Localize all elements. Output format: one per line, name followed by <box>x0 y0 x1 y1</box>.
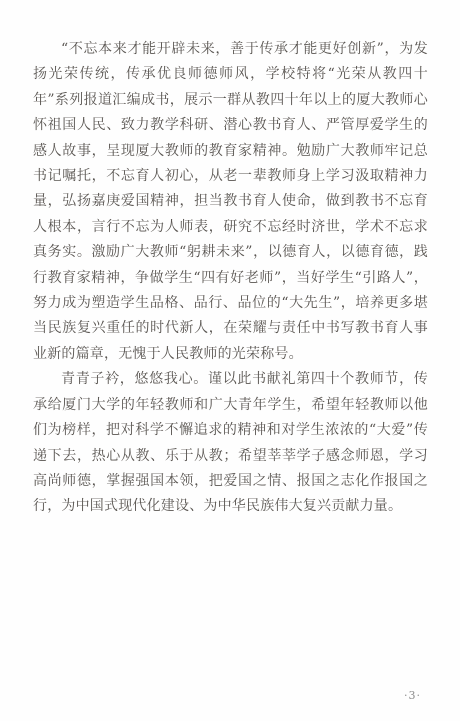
paragraph-2: 青青子衿，悠悠我心。谨以此书献礼第四十个教师节，传承给厦门大学的年轻教师和广大青… <box>33 367 428 519</box>
paragraph-1: “不忘本来才能开辟未来，善于传承才能更好创新”，为发扬光荣传统，传承优良师德师风… <box>33 37 428 367</box>
text-block: “不忘本来才能开辟未来，善于传承才能更好创新”，为发扬光荣传统，传承优良师德师风… <box>33 37 428 520</box>
page-number: ·3· <box>404 689 421 702</box>
book-page: “不忘本来才能开辟未来，善于传承才能更好创新”，为发扬光荣传统，传承优良师德师风… <box>0 0 460 721</box>
